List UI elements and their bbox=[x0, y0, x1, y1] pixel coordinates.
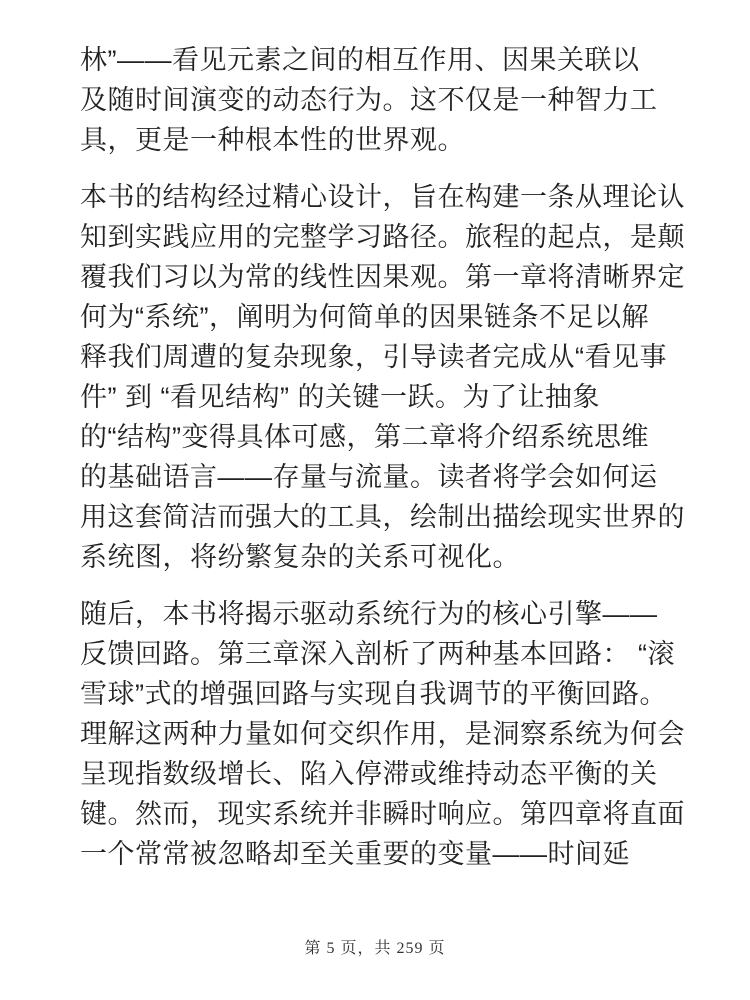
page-text: 林”——看见元素之间的相互作用、因果关联以及随时间演变的动态行为。这不仅是一种智… bbox=[80, 40, 676, 891]
text-line: 件” 到 “看见结构” 的关键一跃。为了让抽象 bbox=[80, 377, 676, 417]
text-line: 系统图，将纷繁复杂的关系可视化。 bbox=[80, 537, 676, 577]
text-line: 及随时间演变的动态行为。这不仅是一种智力工 bbox=[80, 80, 676, 120]
text-line: 呈现指数级增长、陷入停滞或维持动态平衡的关 bbox=[80, 754, 676, 794]
ebook-page: 林”——看见元素之间的相互作用、因果关联以及随时间演变的动态行为。这不仅是一种智… bbox=[0, 0, 750, 1000]
paragraph: 随后，本书将揭示驱动系统行为的核心引擎——反馈回路。第三章深入剖析了两种基本回路… bbox=[80, 594, 676, 874]
text-line: 林”——看见元素之间的相互作用、因果关联以 bbox=[80, 40, 676, 80]
page-number-indicator: 第 5 页，共 259 页 bbox=[0, 938, 750, 960]
text-line: 具，更是一种根本性的世界观。 bbox=[80, 120, 676, 160]
text-line: 覆我们习以为常的线性因果观。第一章将清晰界定 bbox=[80, 257, 676, 297]
text-line: 一个常常被忽略却至关重要的变量——时间延 bbox=[80, 834, 676, 874]
text-line: 何为“系统”，阐明为何简单的因果链条不足以解 bbox=[80, 297, 676, 337]
text-line: 键。然而，现实系统并非瞬时响应。第四章将直面 bbox=[80, 794, 676, 834]
text-line: 随后，本书将揭示驱动系统行为的核心引擎—— bbox=[80, 594, 676, 634]
text-line: 知到实践应用的完整学习路径。旅程的起点，是颠 bbox=[80, 217, 676, 257]
paragraph: 本书的结构经过精心设计，旨在构建一条从理论认知到实践应用的完整学习路径。旅程的起… bbox=[80, 177, 676, 577]
text-line: 的基础语言——存量与流量。读者将学会如何运 bbox=[80, 457, 676, 497]
text-line: 用这套简洁而强大的工具，绘制出描绘现实世界的 bbox=[80, 497, 676, 537]
text-line: 本书的结构经过精心设计，旨在构建一条从理论认 bbox=[80, 177, 676, 217]
text-line: 雪球”式的增强回路与实现自我调节的平衡回路。 bbox=[80, 674, 676, 714]
text-line: 释我们周遭的复杂现象，引导读者完成从“看见事 bbox=[80, 337, 676, 377]
paragraph: 林”——看见元素之间的相互作用、因果关联以及随时间演变的动态行为。这不仅是一种智… bbox=[80, 40, 676, 160]
text-line: 反馈回路。第三章深入剖析了两种基本回路： “滚 bbox=[80, 634, 676, 674]
text-line: 的“结构”变得具体可感，第二章将介绍系统思维 bbox=[80, 417, 676, 457]
text-line: 理解这两种力量如何交织作用，是洞察系统为何会 bbox=[80, 714, 676, 754]
